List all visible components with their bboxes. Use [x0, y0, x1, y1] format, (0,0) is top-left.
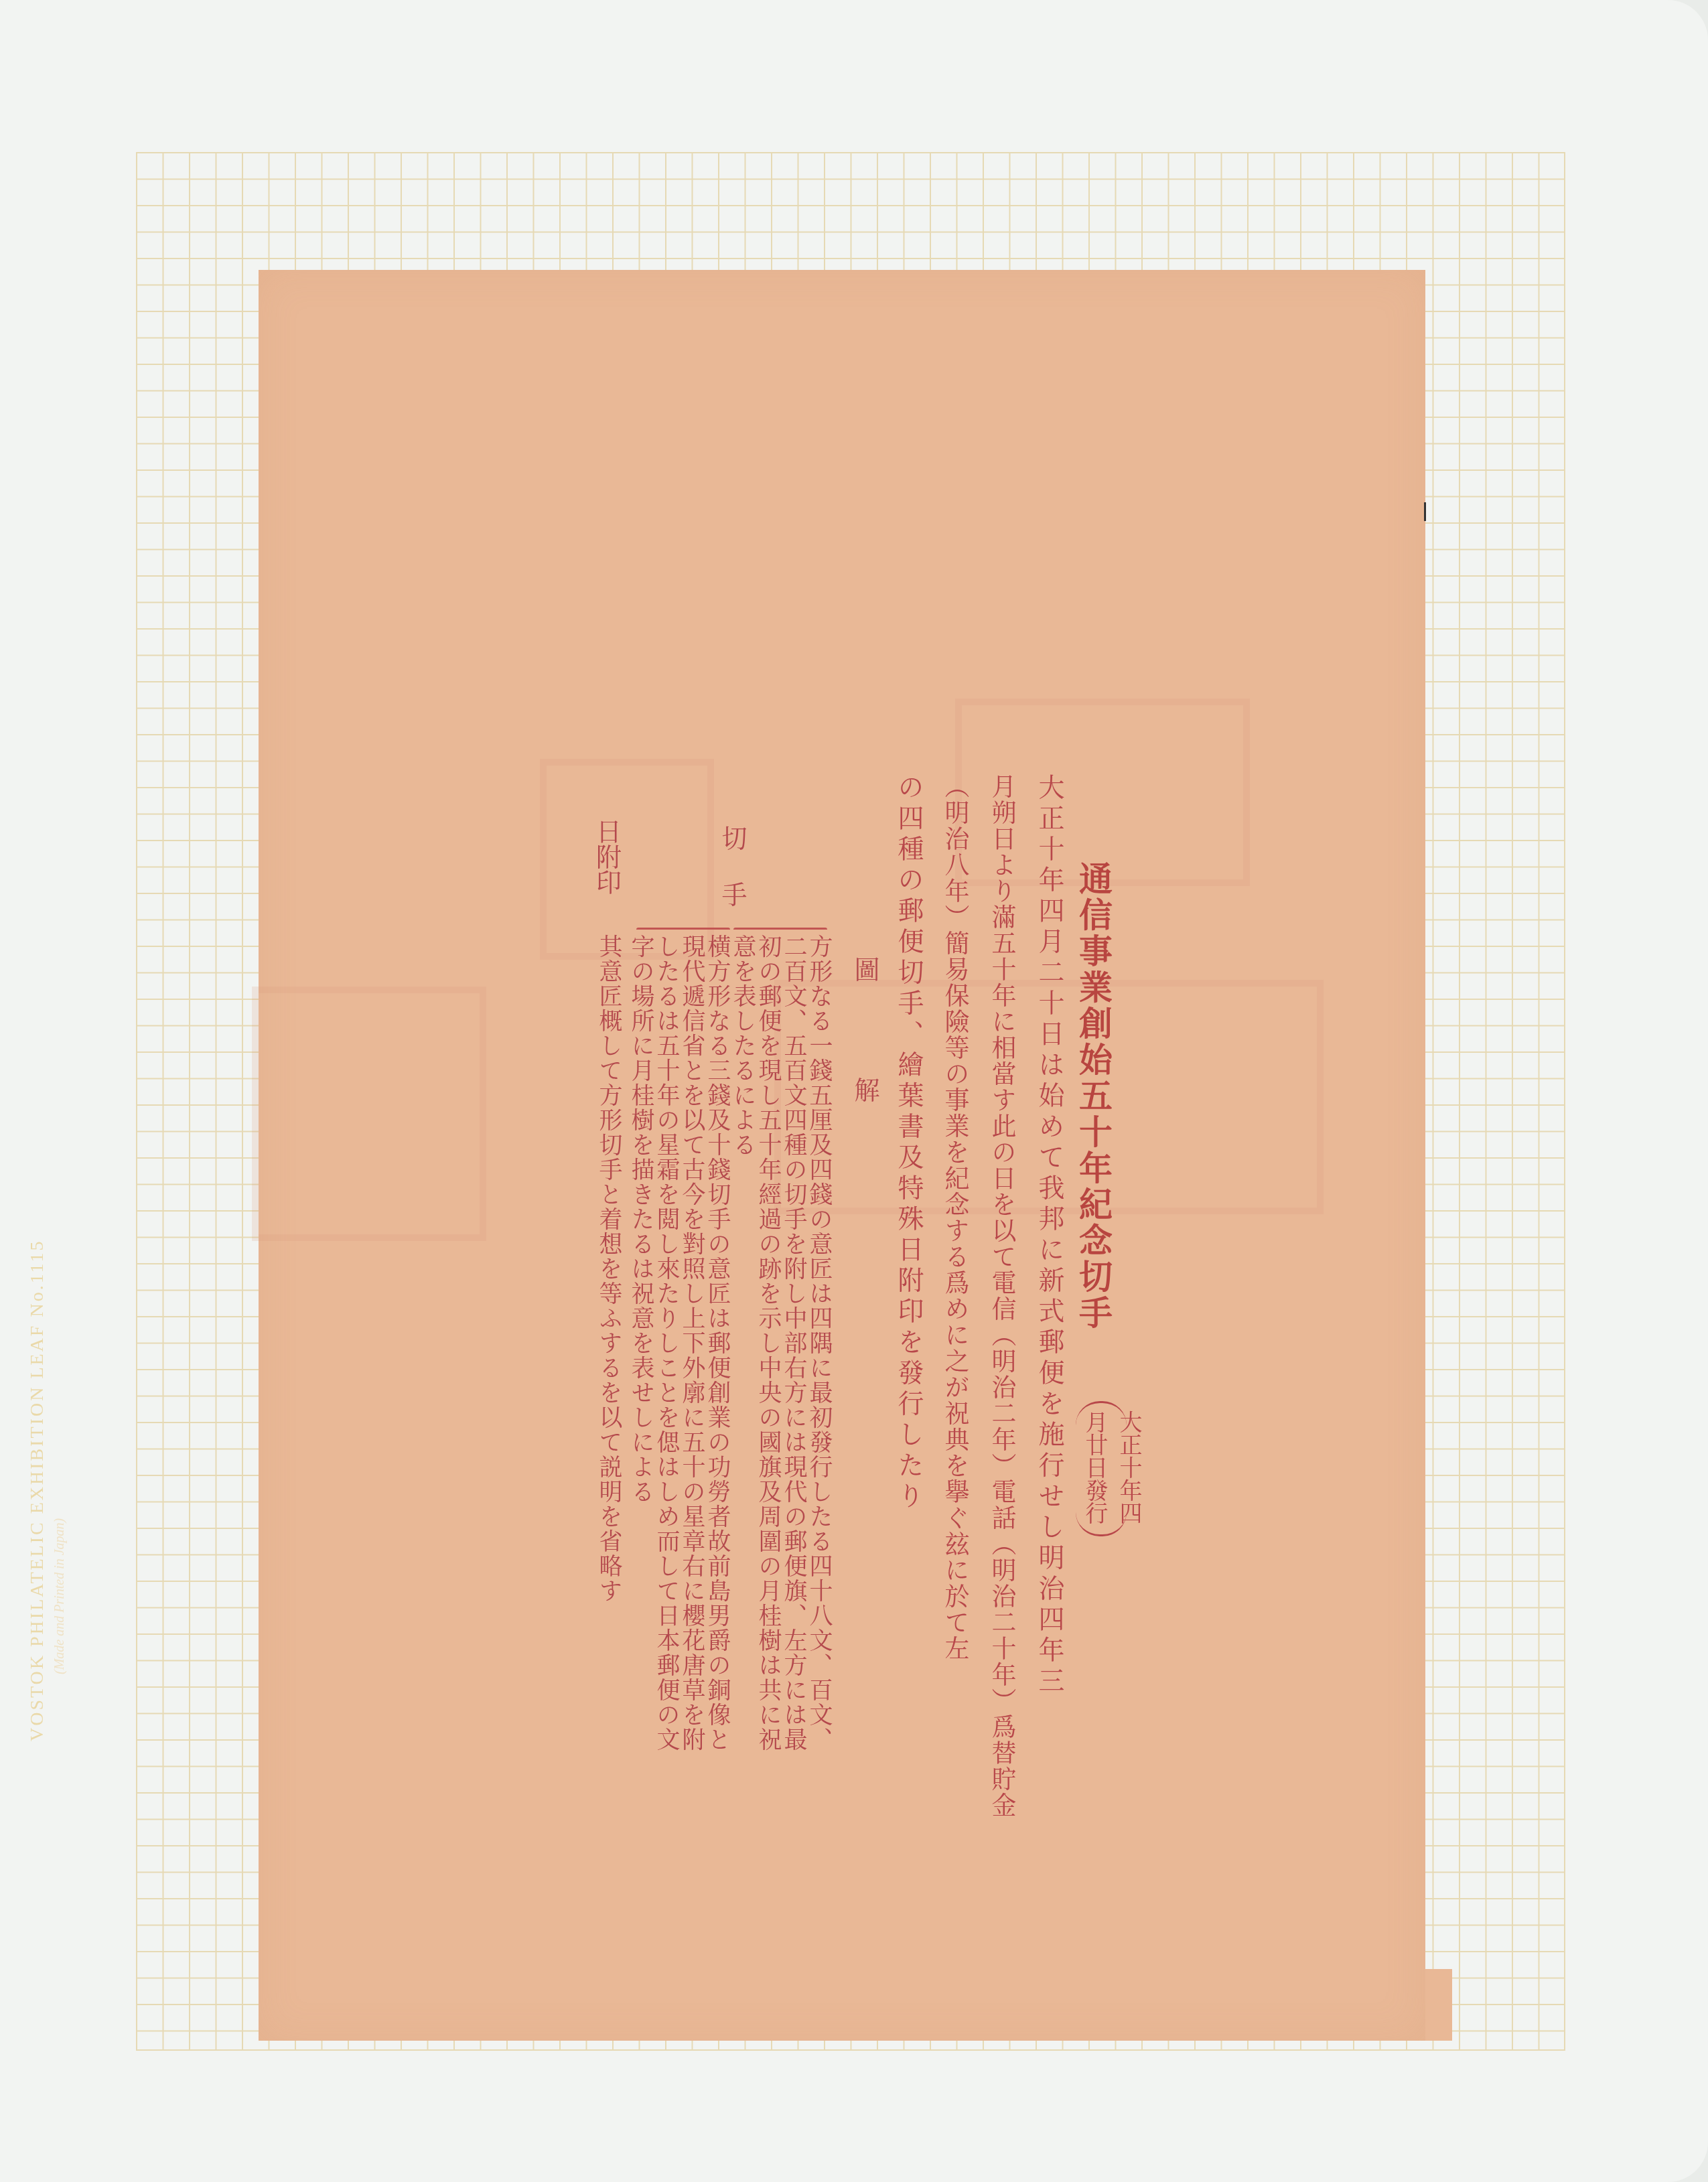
stamps-label-2: 手	[714, 881, 751, 907]
stamp-description-column: 字の場所に月桂樹を描きたるは祝意を表せしによる	[624, 934, 658, 1504]
ghost-stamp-outline	[252, 987, 486, 1241]
stamps-label-1: 切	[714, 825, 751, 851]
ghost-stamp-outline	[540, 759, 714, 960]
postmark-label: 日附印	[591, 818, 622, 895]
leaf-margin-sublabel: (Made and Printed in Japan)	[52, 1518, 68, 1674]
brace-left	[636, 928, 730, 930]
brace-right	[733, 928, 827, 930]
leaf-margin-label: VOSTOK PHILATELIC EXHIBITION LEAF No.111…	[27, 1239, 48, 1741]
document-title: 通信事業創始五十年紀念切手	[1069, 861, 1117, 1331]
section-heading-2: 解	[847, 1077, 883, 1102]
intro-column: （明治八年）簡易保險等の事業を紀念する爲めに之が祝典を擧ぐ玆に於て左	[936, 774, 973, 1662]
intro-column: の四種の郵便切手、繪葉書及特殊日附印を發行したり	[889, 774, 927, 1513]
intro-column: 大正十年四月二十日は始めて我邦に新式郵便を施行せし明治四年三	[1030, 774, 1068, 1698]
postmark-description-column: 其意匠概して方形切手と着想を等ふするを以て説明を省略す	[592, 934, 626, 1603]
scan-mark	[1424, 502, 1426, 521]
section-heading-1: 圖	[847, 956, 883, 982]
document-sheet-edge	[1425, 1969, 1452, 2041]
intro-column: 月朔日より滿五十年に相當す此の日を以て電信（明治二年）電話（明治二十年）爲替貯金	[983, 774, 1019, 1818]
issue-note: 大正十年四 月廿日發行	[1078, 1401, 1145, 1524]
issue-note-parens	[1076, 1401, 1127, 1536]
document-sheet	[259, 270, 1425, 2041]
